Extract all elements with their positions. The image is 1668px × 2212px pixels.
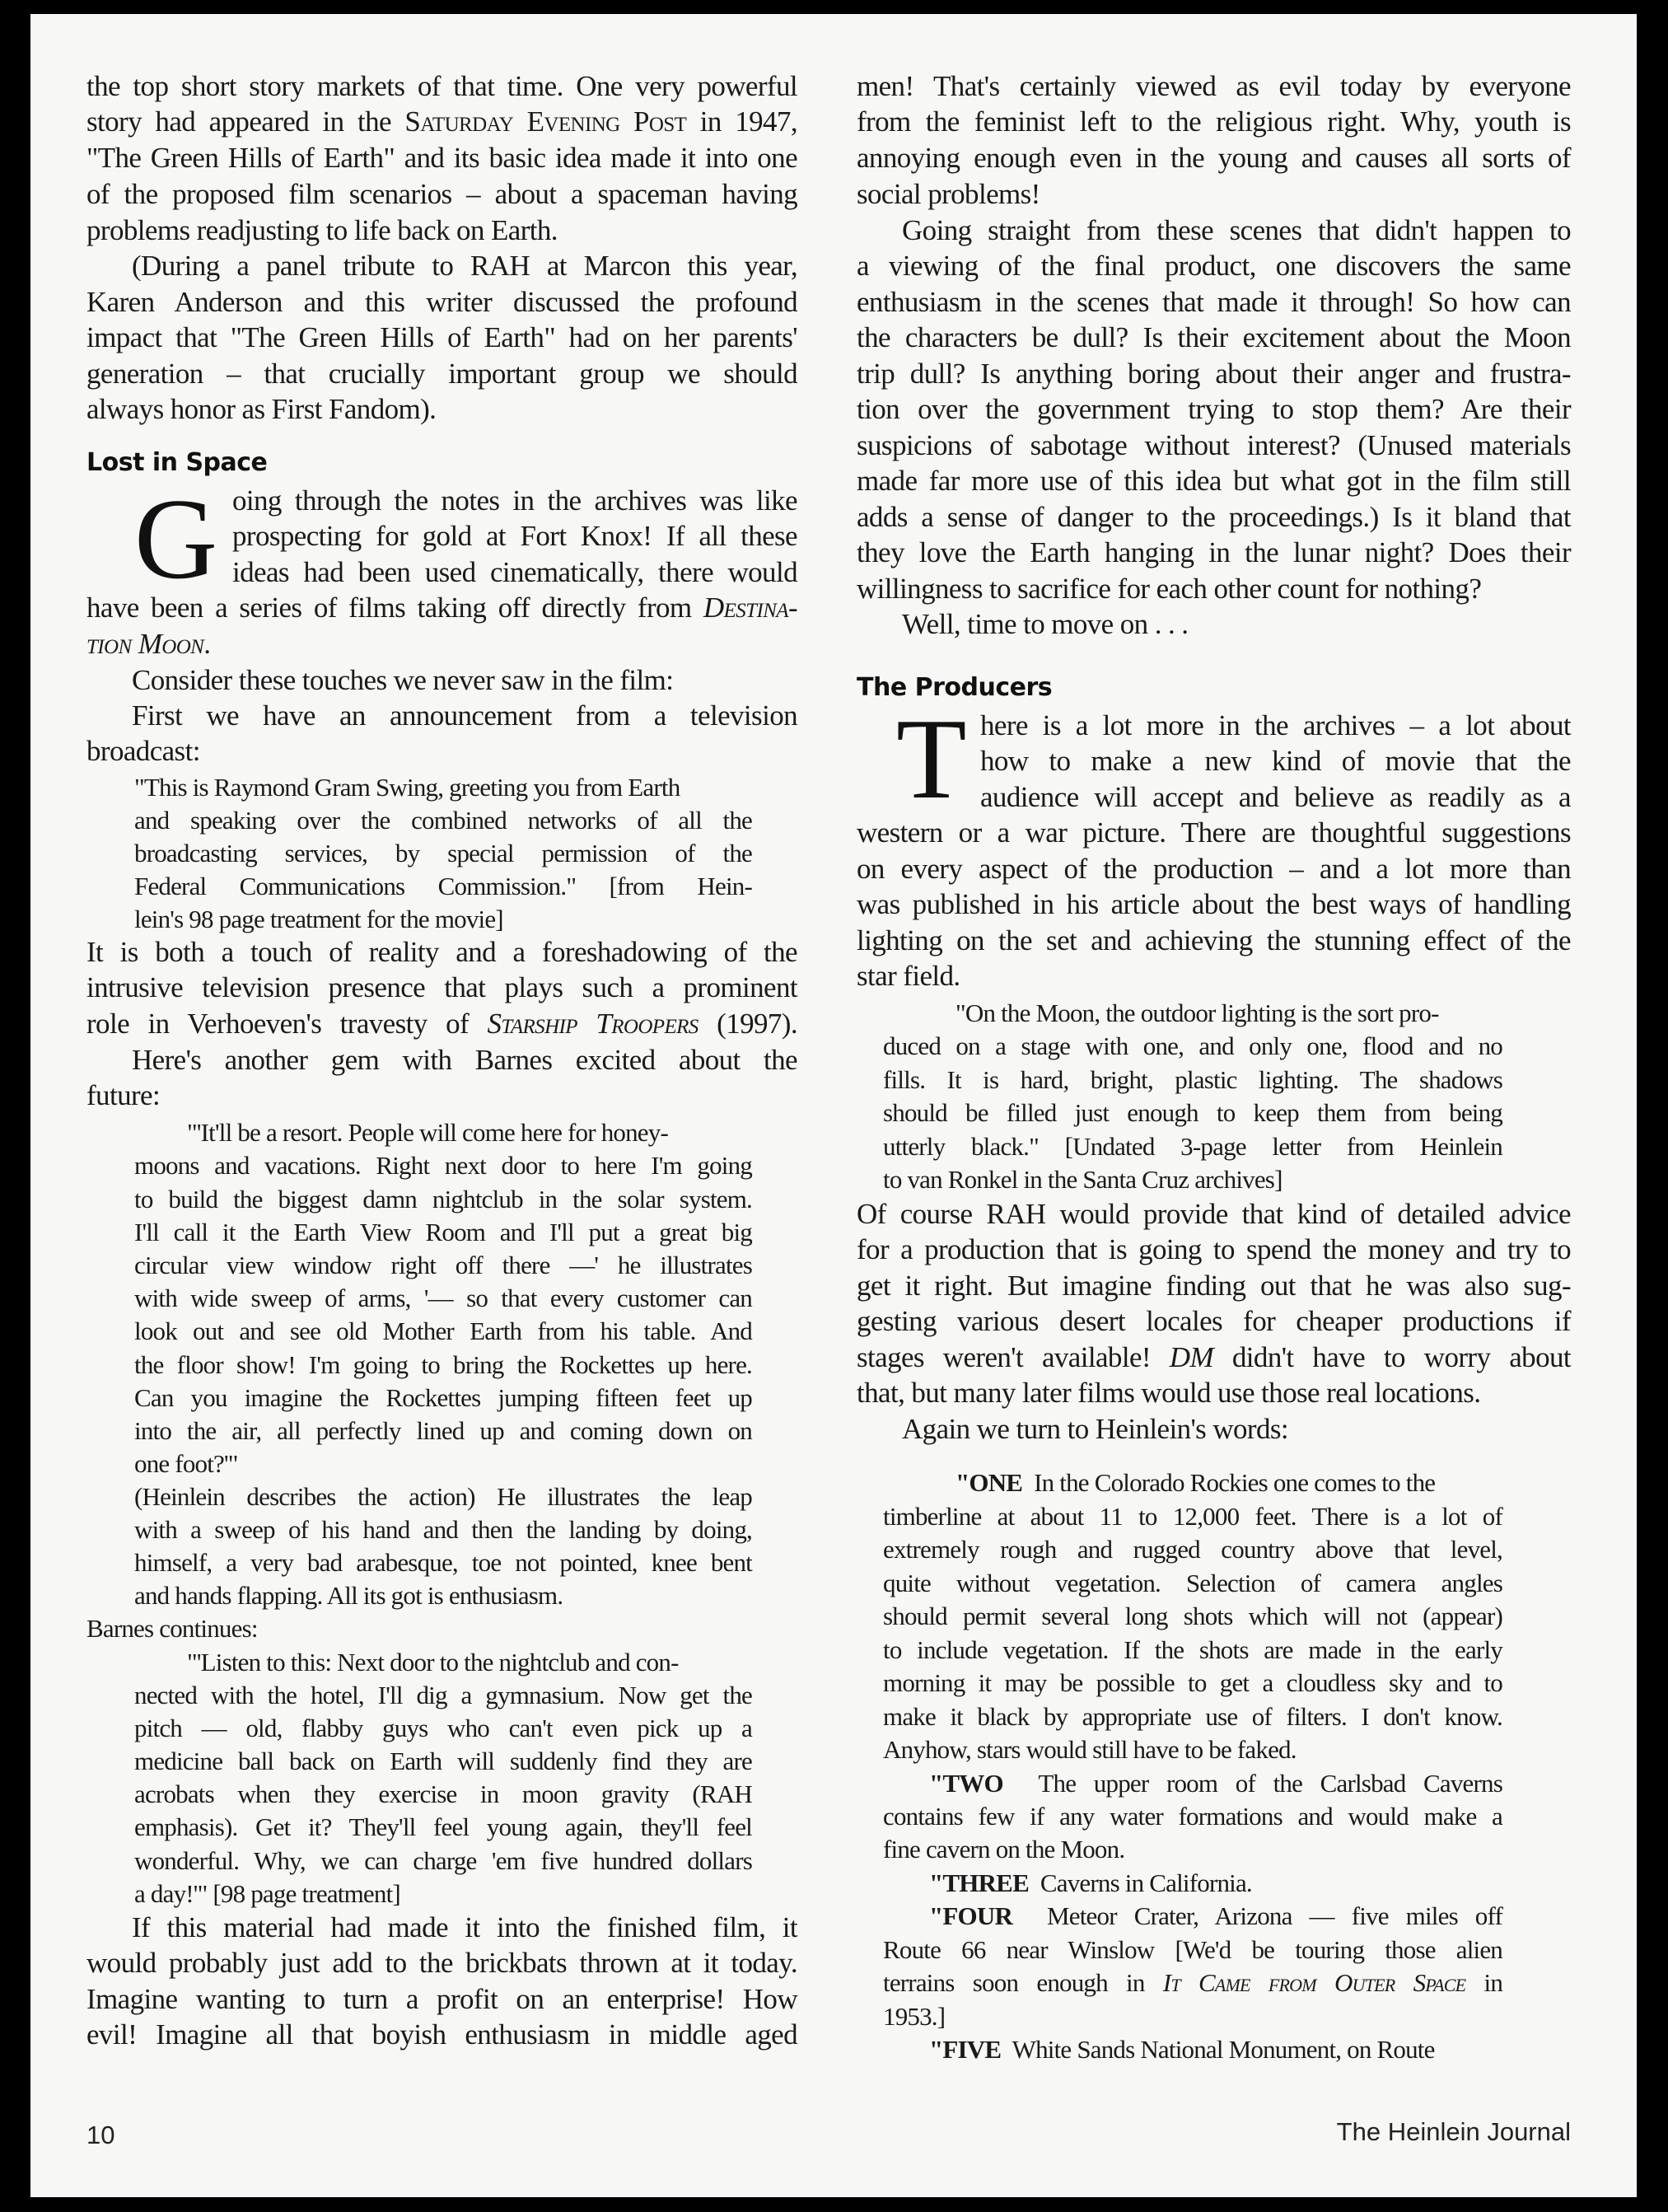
body-line: for a production that is going to spend … [857, 1232, 1571, 1267]
body-line: prospecting for gold at Fort Knox! If al… [232, 519, 797, 554]
body-line: on every aspect of the production – and … [857, 852, 1571, 886]
quote-line: "'Listen to this: Next door to the night… [187, 1645, 679, 1680]
body-line: adds a sense of danger to the proceeding… [857, 500, 1571, 535]
quote-line: broadcasting services, by special permis… [134, 836, 752, 871]
quote-line: with a sweep of his hand and then the la… [134, 1513, 752, 1547]
body-line: ideas had been used cinematically, there… [232, 555, 797, 590]
quote-line: fills. It is hard, bright, plastic light… [883, 1063, 1502, 1097]
body-line: the characters be dull? Is their excitem… [857, 320, 1571, 355]
body-line: get it right. But imagine finding out th… [857, 1269, 1571, 1303]
body-line: western or a war picture. There are thou… [857, 816, 1571, 850]
body-line: of the proposed film scenarios – about a… [86, 177, 797, 212]
body-line: evil! Imagine all that boyish enthusiasm… [86, 2018, 797, 2052]
quote-line: should permit several long shots which w… [883, 1599, 1502, 1634]
body-line: tion over the government trying to stop … [857, 392, 1571, 427]
body-line: a viewing of the final product, one disc… [857, 249, 1571, 283]
body-line: stages weren't available! DM didn't have… [857, 1340, 1571, 1375]
quote-line: "This is Raymond Gram Swing, greeting yo… [134, 770, 680, 805]
body-line: that, but many later films would use tho… [857, 1376, 1480, 1410]
quote-line: morning it may be possible to get a clou… [883, 1666, 1502, 1700]
quote-line: to include vegetation. If the shots are … [883, 1633, 1502, 1667]
quote-line: Route 66 near Winslow [We'd be touring t… [883, 1933, 1502, 1967]
drop-cap: G [134, 482, 217, 597]
page-number: 10 [86, 2121, 114, 2150]
quote-line: I'll call it the Earth View Room and I'l… [134, 1215, 752, 1250]
body-line: If this material had made it into the fi… [132, 1910, 797, 1945]
body-line: Going straight from these scenes that di… [902, 213, 1571, 248]
body-line: role in Verhoeven's travesty of Starship… [86, 1007, 797, 1041]
quote-line: to build the biggest damn nightclub in t… [134, 1182, 752, 1217]
body-line: men! That's certainly viewed as evil tod… [857, 69, 1571, 104]
body-line: have been a series of films taking off d… [86, 591, 797, 625]
quote-line: wonderful. Why, we can charge 'em five h… [134, 1844, 752, 1878]
body-line: tion Moon. [86, 627, 210, 662]
location-item-three: "THREE Caverns in California. [929, 1866, 1252, 1901]
body-line: Imagine wanting to turn a profit on an e… [86, 1982, 797, 2017]
body-line: First we have an announcement from a tel… [132, 699, 797, 733]
drop-cap: T [896, 702, 967, 817]
quote-line: the floor show! I'm going to bring the R… [134, 1348, 752, 1382]
quote-line: "'It'll be a resort. People will come he… [187, 1115, 668, 1150]
body-line: impact that "The Green Hills of Earth" h… [86, 320, 797, 355]
quote-line: look out and see old Mother Earth from h… [134, 1314, 752, 1349]
quote-line: moons and vacations. Right next door to … [134, 1148, 752, 1183]
body-line: Barnes continues: [86, 1611, 258, 1646]
quote-line: and speaking over the combined networks … [134, 803, 752, 838]
body-line: from the feminist left to the religious … [857, 105, 1571, 139]
quote-line: pitch — old, flabby guys who can't even … [134, 1711, 752, 1746]
publication-title: Saturday Evening Post [404, 105, 686, 138]
body-line: trip dull? Is anything boring about thei… [857, 357, 1571, 391]
body-line: story had appeared in the Saturday Eveni… [86, 105, 797, 139]
location-item-four: "FOUR Meteor Crater, Arizona — five mile… [929, 1899, 1502, 1934]
body-line: Here's another gem with Barnes excited a… [132, 1043, 797, 1078]
journal-title: The Heinlein Journal [1337, 2117, 1571, 2147]
body-line: generation – that crucially important gr… [86, 357, 797, 391]
body-line: star field. [857, 959, 960, 994]
quote-line: nected with the hotel, I'll dig a gymnas… [134, 1678, 752, 1713]
quote-line: extremely rough and rugged country above… [883, 1532, 1502, 1567]
body-line: would probably just add to the brickbats… [86, 1946, 797, 1981]
quote-line: make it black by appropriate use of filt… [883, 1700, 1502, 1734]
film-title: tion Moon [86, 628, 203, 660]
quote-line: duced on a stage with one, and only one,… [883, 1029, 1502, 1064]
quote-line: a day!'" [98 page treatment] [134, 1877, 400, 1911]
body-line: intrusive television presence that plays… [86, 970, 797, 1005]
body-line: Well, time to move on . . . [902, 607, 1188, 642]
quote-line: should be filled just enough to keep the… [883, 1096, 1502, 1130]
body-line: broadcast: [86, 734, 200, 769]
body-line: here is a lot more in the archives – a l… [980, 708, 1571, 743]
body-line: was published in his article about the b… [857, 887, 1571, 922]
body-line: annoying enough even in the young and ca… [857, 141, 1571, 175]
body-line: how to make a new kind of movie that the [980, 744, 1571, 779]
journal-page: the top short story markets of that time… [30, 14, 1637, 2197]
body-line: "The Green Hills of Earth" and its basic… [86, 141, 797, 175]
quote-line: to van Ronkel in the Santa Cruz archives… [883, 1162, 1283, 1197]
quote-line: Federal Communications Commission." [fro… [134, 869, 752, 904]
film-abbreviation: DM [1170, 1341, 1213, 1373]
quote-line: one foot?'" [134, 1447, 238, 1481]
quote-line: terrains soon enough in It Came from Out… [883, 1966, 1502, 2000]
quote-line: emphasis). Get it? They'll feel young ag… [134, 1810, 752, 1845]
body-line: audience will accept and believe as read… [980, 780, 1571, 815]
body-line: gesting various desert locales for cheap… [857, 1304, 1571, 1339]
body-line: always honor as First Fandom). [86, 392, 436, 427]
film-title: Starship Troopers [487, 1008, 698, 1040]
body-line: lighting on the set and achieving the st… [857, 924, 1571, 958]
body-line: future: [86, 1078, 160, 1113]
quote-line: and hands flapping. All its got is enthu… [134, 1578, 563, 1613]
body-line: Of course RAH would provide that kind of… [857, 1197, 1571, 1232]
body-line: the top short story markets of that time… [86, 69, 797, 104]
body-line: (During a panel tribute to RAH at Marcon… [132, 249, 797, 283]
section-heading: Lost in Space [86, 448, 267, 477]
quote-line: lein's 98 page treatment for the movie] [134, 902, 503, 937]
quote-line: timberline at about 11 to 12,000 feet. T… [883, 1499, 1502, 1534]
body-line: social problems! [857, 177, 1040, 212]
location-item-two: "TWO The upper room of the Carlsbad Cave… [929, 1766, 1502, 1801]
quote-line: himself, a very bad arabesque, toe not p… [134, 1546, 752, 1580]
location-item-five: "FIVE White Sands National Monument, on … [929, 2032, 1435, 2067]
body-line: It is both a touch of reality and a fore… [86, 935, 797, 970]
quote-line: fine cavern on the Moon. [883, 1832, 1124, 1867]
film-title: It Came from Outer Space [1163, 1968, 1465, 1997]
body-line: made far more use of this idea but what … [857, 464, 1571, 498]
quote-line: acrobats when they exercise in moon grav… [134, 1777, 752, 1812]
quote-line: into the air, all perfectly lined up and… [134, 1414, 752, 1448]
film-title: Destina- [703, 592, 797, 624]
body-line: suspicions of sabotage without interest?… [857, 428, 1571, 463]
quote-line: medicine ball back on Earth will suddenl… [134, 1744, 752, 1779]
body-line: enthusiasm in the scenes that made it th… [857, 285, 1571, 320]
quote-line: (Heinlein describes the action) He illus… [134, 1480, 752, 1514]
quote-line: "On the Moon, the outdoor lighting is th… [955, 996, 1439, 1031]
body-line: willingness to sacrifice for each other … [857, 572, 1481, 606]
quote-line: 1953.] [883, 1999, 945, 2034]
body-line: problems readjusting to life back on Ear… [86, 213, 558, 248]
body-line: Again we turn to Heinlein's words: [902, 1412, 1288, 1447]
quote-line: contains few if any water formations and… [883, 1799, 1502, 1834]
body-line: they love the Earth hanging in the lunar… [857, 535, 1571, 570]
body-line: Karen Anderson and this writer discussed… [86, 285, 797, 320]
quote-line: with wide sweep of arms, '— so that ever… [134, 1281, 752, 1316]
quote-line: circular view window right off there —' … [134, 1248, 752, 1283]
quote-line: quite without vegetation. Selection of c… [883, 1566, 1502, 1601]
location-item-one: "ONE In the Colorado Rockies one comes t… [955, 1466, 1435, 1500]
body-line: Consider these touches we never saw in t… [132, 663, 673, 698]
quote-line: Can you imagine the Rockettes jumping fi… [134, 1381, 752, 1415]
body-line: oing through the notes in the archives w… [232, 484, 797, 518]
quote-line: Anyhow, stars would still have to be fak… [883, 1733, 1297, 1767]
quote-line: utterly black." [Undated 3-page letter f… [883, 1129, 1502, 1164]
